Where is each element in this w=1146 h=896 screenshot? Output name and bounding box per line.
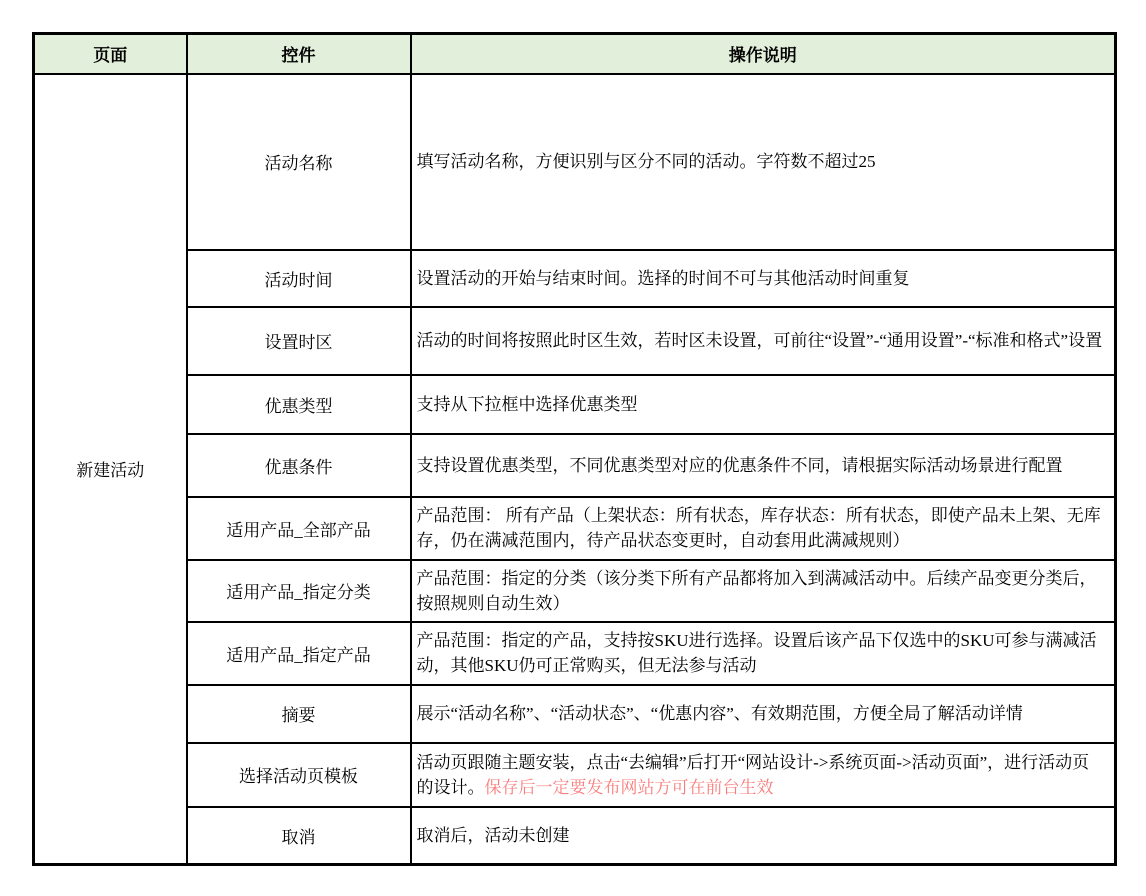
control-cell: 活动名称 <box>187 74 411 250</box>
table-row: 优惠条件 支持设置优惠类型，不同优惠类型对应的优惠条件不同，请根据实际活动场景进… <box>34 434 1116 497</box>
description-text: 产品范围：指定的产品，支持按SKU进行选择。设置后该产品下仅选中的SKU可参与满… <box>417 631 1097 675</box>
description-cell: 设置活动的开始与结束时间。选择的时间不可与其他活动时间重复 <box>411 250 1116 307</box>
control-cell: 活动时间 <box>187 250 411 307</box>
control-cell: 适用产品_指定分类 <box>187 560 411 622</box>
table-row: 新建活动 活动名称 填写活动名称，方便识别与区分不同的活动。字符数不超过25 <box>34 74 1116 250</box>
control-cell: 适用产品_指定产品 <box>187 622 411 685</box>
description-cell: 产品范围： 所有产品（上架状态：所有状态，库存状态：所有状态，即使产品未上架、无… <box>411 497 1116 560</box>
control-cell: 适用产品_全部产品 <box>187 497 411 560</box>
document-page: 页面 控件 操作说明 新建活动 活动名称 填写活动名称，方便识别与区分不同的活动… <box>0 0 1146 896</box>
description-text: 填写活动名称，方便识别与区分不同的活动。字符数不超过25 <box>417 152 876 171</box>
table-row: 适用产品_指定产品 产品范围：指定的产品，支持按SKU进行选择。设置后该产品下仅… <box>34 622 1116 685</box>
page-group-cell: 新建活动 <box>34 74 187 865</box>
description-text: 产品范围：指定的分类（该分类下所有产品都将加入到满减活动中。后续产品变更分类后，… <box>417 569 1097 613</box>
description-text: 支持设置优惠类型，不同优惠类型对应的优惠条件不同，请根据实际活动场景进行配置 <box>417 456 1063 475</box>
description-text: 支持从下拉框中选择优惠类型 <box>417 395 638 414</box>
description-text: 设置活动的开始与结束时间。选择的时间不可与其他活动时间重复 <box>417 269 910 288</box>
table-row: 适用产品_指定分类 产品范围：指定的分类（该分类下所有产品都将加入到满减活动中。… <box>34 560 1116 622</box>
description-text: 取消后，活动未创建 <box>417 826 570 845</box>
description-cell: 支持设置优惠类型，不同优惠类型对应的优惠条件不同，请根据实际活动场景进行配置 <box>411 434 1116 497</box>
control-cell: 优惠类型 <box>187 375 411 434</box>
control-cell: 设置时区 <box>187 307 411 375</box>
table-row: 优惠类型 支持从下拉框中选择优惠类型 <box>34 375 1116 434</box>
header-description: 操作说明 <box>411 34 1116 74</box>
description-cell: 产品范围：指定的分类（该分类下所有产品都将加入到满减活动中。后续产品变更分类后，… <box>411 560 1116 622</box>
description-cell: 支持从下拉框中选择优惠类型 <box>411 375 1116 434</box>
description-text: 产品范围： 所有产品（上架状态：所有状态，库存状态：所有状态，即使产品未上架、无… <box>417 506 1101 550</box>
control-cell: 优惠条件 <box>187 434 411 497</box>
table-row: 摘要 展示“活动名称”、“活动状态”、“优惠内容”、有效期范围，方便全局了解活动… <box>34 685 1116 743</box>
table-row: 取消 取消后，活动未创建 <box>34 807 1116 865</box>
description-text: 展示“活动名称”、“活动状态”、“优惠内容”、有效期范围，方便全局了解活动详情 <box>417 704 1023 723</box>
header-page: 页面 <box>34 34 187 74</box>
control-cell: 摘要 <box>187 685 411 743</box>
description-cell: 展示“活动名称”、“活动状态”、“优惠内容”、有效期范围，方便全局了解活动详情 <box>411 685 1116 743</box>
table-row: 活动时间 设置活动的开始与结束时间。选择的时间不可与其他活动时间重复 <box>34 250 1116 307</box>
table-row: 选择活动页模板 活动页跟随主题安装，点击“去编辑”后打开“网站设计->系统页面-… <box>34 743 1116 807</box>
operation-guide-table: 页面 控件 操作说明 新建活动 活动名称 填写活动名称，方便识别与区分不同的活动… <box>32 32 1117 866</box>
description-cell: 活动的时间将按照此时区生效，若时区未设置，可前往“设置”-“通用设置”-“标准和… <box>411 307 1116 375</box>
control-cell: 选择活动页模板 <box>187 743 411 807</box>
description-highlight-text: 保存后一定要发布网站方可在前台生效 <box>485 778 774 797</box>
control-cell: 取消 <box>187 807 411 865</box>
description-cell: 产品范围：指定的产品，支持按SKU进行选择。设置后该产品下仅选中的SKU可参与满… <box>411 622 1116 685</box>
description-cell: 填写活动名称，方便识别与区分不同的活动。字符数不超过25 <box>411 74 1116 250</box>
description-cell: 取消后，活动未创建 <box>411 807 1116 865</box>
table-row: 设置时区 活动的时间将按照此时区生效，若时区未设置，可前往“设置”-“通用设置”… <box>34 307 1116 375</box>
table-row: 适用产品_全部产品 产品范围： 所有产品（上架状态：所有状态，库存状态：所有状态… <box>34 497 1116 560</box>
header-control: 控件 <box>187 34 411 74</box>
description-cell: 活动页跟随主题安装，点击“去编辑”后打开“网站设计->系统页面->活动页面”，进… <box>411 743 1116 807</box>
header-row: 页面 控件 操作说明 <box>34 34 1116 74</box>
description-text: 活动的时间将按照此时区生效，若时区未设置，可前往“设置”-“通用设置”-“标准和… <box>417 331 1103 350</box>
